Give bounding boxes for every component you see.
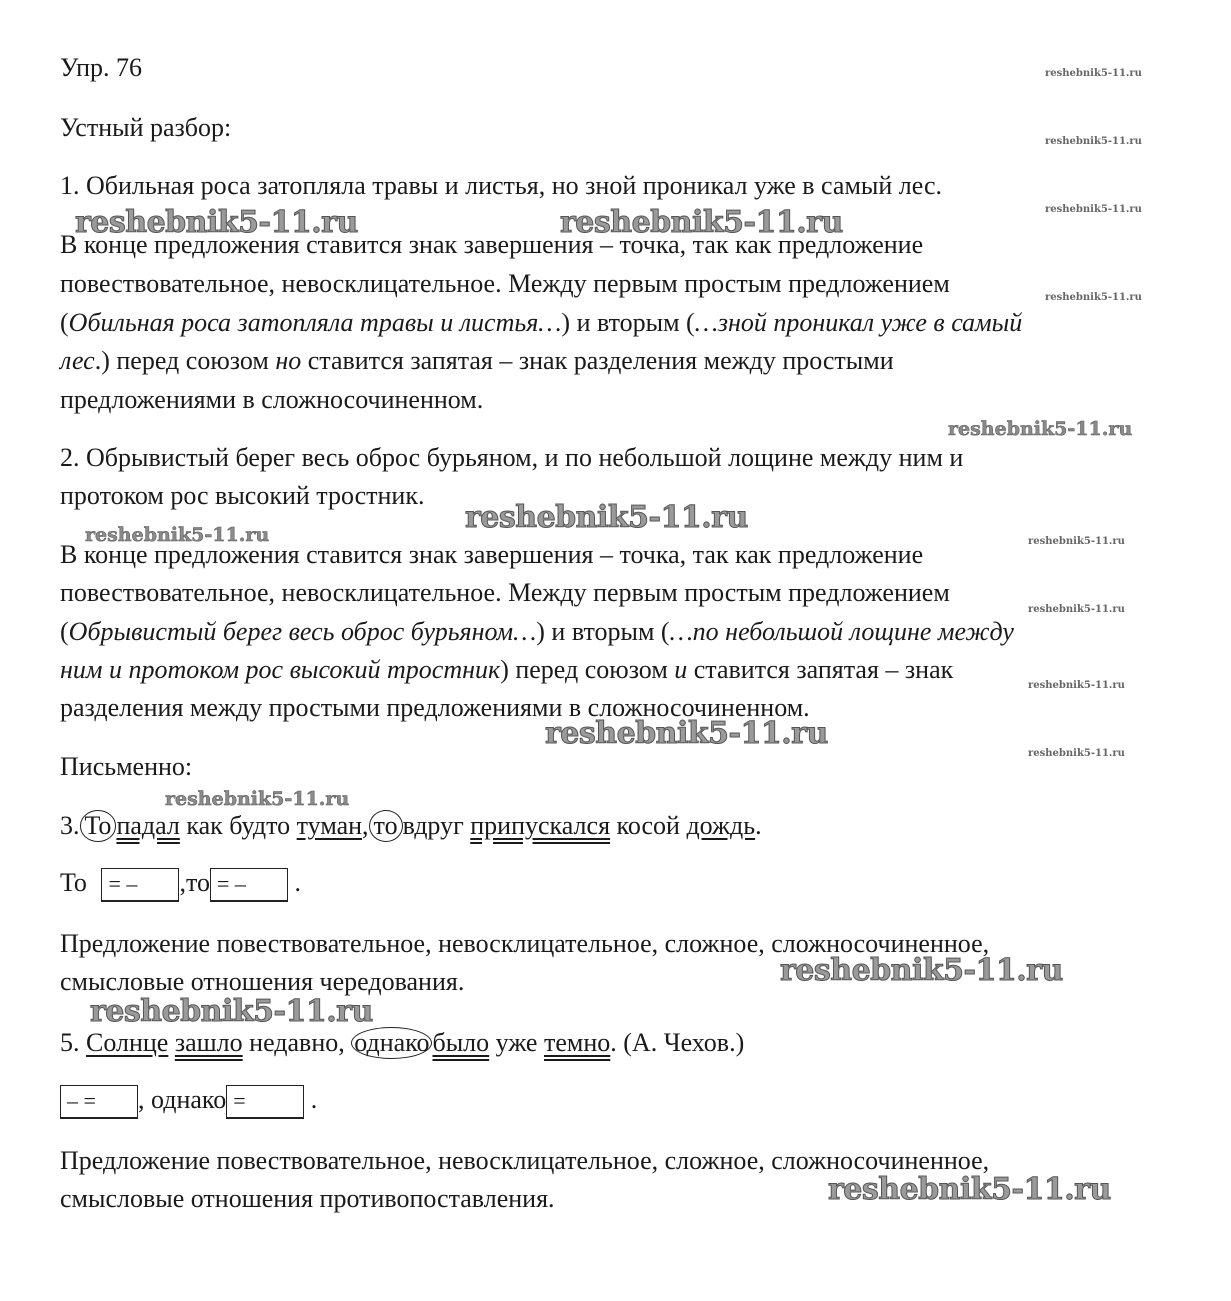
watermark: reshebnik5-11.ru [545, 716, 828, 751]
text: . (А. Чехов.) [610, 1028, 744, 1057]
scheme-box: = – [101, 868, 179, 902]
scheme-box: = [226, 1085, 304, 1119]
predicate: припускался [470, 811, 610, 840]
text: уже [489, 1028, 544, 1057]
quote-second: …по небольшой лощине между [670, 617, 1014, 646]
predicate: зашло [175, 1028, 243, 1057]
subject: туман [297, 811, 362, 840]
text: вдруг [403, 811, 471, 840]
item1-line5: предложениями в сложносочиненном. [60, 385, 483, 415]
scheme-box: – = [60, 1085, 138, 1119]
item-number: 3. [60, 811, 80, 840]
scheme-end: . [294, 868, 301, 897]
quote-second-end: ним и протоком рос высокий тростник [60, 655, 500, 684]
scheme-end: . [311, 1085, 318, 1114]
item3-sentence: 3.Топадал как будто туман,товдруг припус… [60, 810, 762, 842]
subject: Солнце [86, 1028, 168, 1057]
circled-conjunction: То [80, 810, 117, 842]
text: ставится запятая – знак [687, 655, 953, 684]
predicate: падал [116, 811, 179, 840]
item1-line4: лес.) перед союзом но ставится запятая –… [60, 346, 894, 376]
watermark: reshebnik5-11.ru [1045, 204, 1142, 215]
text: , [362, 811, 369, 840]
item1-line3: (Обильная роса затопляла травы и листья…… [60, 308, 1022, 338]
watermark: reshebnik5-11.ru [1045, 292, 1142, 303]
text: ) и вторым ( [561, 308, 694, 337]
watermark: reshebnik5-11.ru [828, 1172, 1111, 1207]
quote-second: …зной проникал уже в самый [695, 308, 1023, 337]
scheme-conjunction: , однако [138, 1085, 226, 1114]
watermark: reshebnik5-11.ru [465, 500, 748, 535]
watermark: reshebnik5-11.ru [1045, 136, 1142, 147]
subject: дождь [686, 811, 755, 840]
text: ) перед союзом [500, 655, 674, 684]
quote-first: Обрывистый берег весь оброс бурьяном… [69, 617, 537, 646]
watermark: reshebnik5-11.ru [560, 205, 843, 240]
predicate: было [432, 1028, 489, 1057]
circled-conjunction: то [369, 810, 403, 842]
watermark: reshebnik5-11.ru [1028, 536, 1125, 547]
quote-first: Обильная роса затопляла травы и листья… [69, 308, 562, 337]
text: . [755, 811, 762, 840]
conjunction: но [275, 346, 301, 375]
item2-line3: (Обрывистый берег весь оброс бурьяном…) … [60, 617, 1014, 647]
item5-sentence: 5. Солнце зашло недавно, однакобыло уже … [60, 1027, 744, 1059]
item5-scheme: – =, однако= . [60, 1085, 317, 1119]
exercise-title: Упр. 76 [60, 53, 142, 83]
watermark: reshebnik5-11.ru [85, 524, 269, 546]
item1-sentence: 1. Обильная роса затопляла травы и листь… [60, 171, 942, 201]
item3-desc-2: смысловые отношения чередования. [60, 967, 464, 997]
text: ) и вторым ( [536, 617, 669, 646]
watermark: reshebnik5-11.ru [948, 418, 1132, 440]
text: недавно, [243, 1028, 352, 1057]
item5-desc-2: смысловые отношения противопоставления. [60, 1184, 555, 1214]
watermark: reshebnik5-11.ru [1028, 748, 1125, 759]
circled-conjunction: однако [351, 1027, 432, 1059]
quote-second-end: лес [60, 346, 95, 375]
text: ставится запятая – знак разделения между… [301, 346, 893, 375]
item2-line2: повествовательное, невосклицательное. Ме… [60, 578, 950, 608]
watermark: reshebnik5-11.ru [75, 205, 358, 240]
text: как будто [180, 811, 297, 840]
scheme-box: = – [210, 868, 288, 902]
scheme-conjunction: То [60, 868, 87, 897]
predicate: темно [544, 1028, 610, 1057]
text: ( [60, 308, 69, 337]
watermark: reshebnik5-11.ru [90, 994, 373, 1029]
watermark: reshebnik5-11.ru [165, 788, 349, 810]
conjunction: и [674, 655, 687, 684]
item2-sentence-2: протоком рос высокий тростник. [60, 481, 424, 511]
scheme-conjunction: ,то [179, 868, 210, 897]
text: ( [60, 617, 69, 646]
written-heading: Письменно: [60, 752, 192, 782]
item1-line2: повествовательное, невосклицательное. Ме… [60, 269, 950, 299]
item3-scheme: То = –,то= – . [60, 868, 301, 902]
text: .) перед союзом [95, 346, 276, 375]
item2-sentence-1: 2. Обрывистый берег весь оброс бурьяном,… [60, 443, 963, 473]
item-number: 5. [60, 1028, 86, 1057]
watermark: reshebnik5-11.ru [1028, 680, 1125, 691]
oral-heading: Устный разбор: [60, 113, 231, 143]
watermark: reshebnik5-11.ru [1045, 68, 1142, 79]
watermark: reshebnik5-11.ru [780, 953, 1063, 988]
text: косой [610, 811, 686, 840]
watermark: reshebnik5-11.ru [1028, 604, 1125, 615]
item2-line4: ним и протоком рос высокий тростник) пер… [60, 655, 953, 685]
